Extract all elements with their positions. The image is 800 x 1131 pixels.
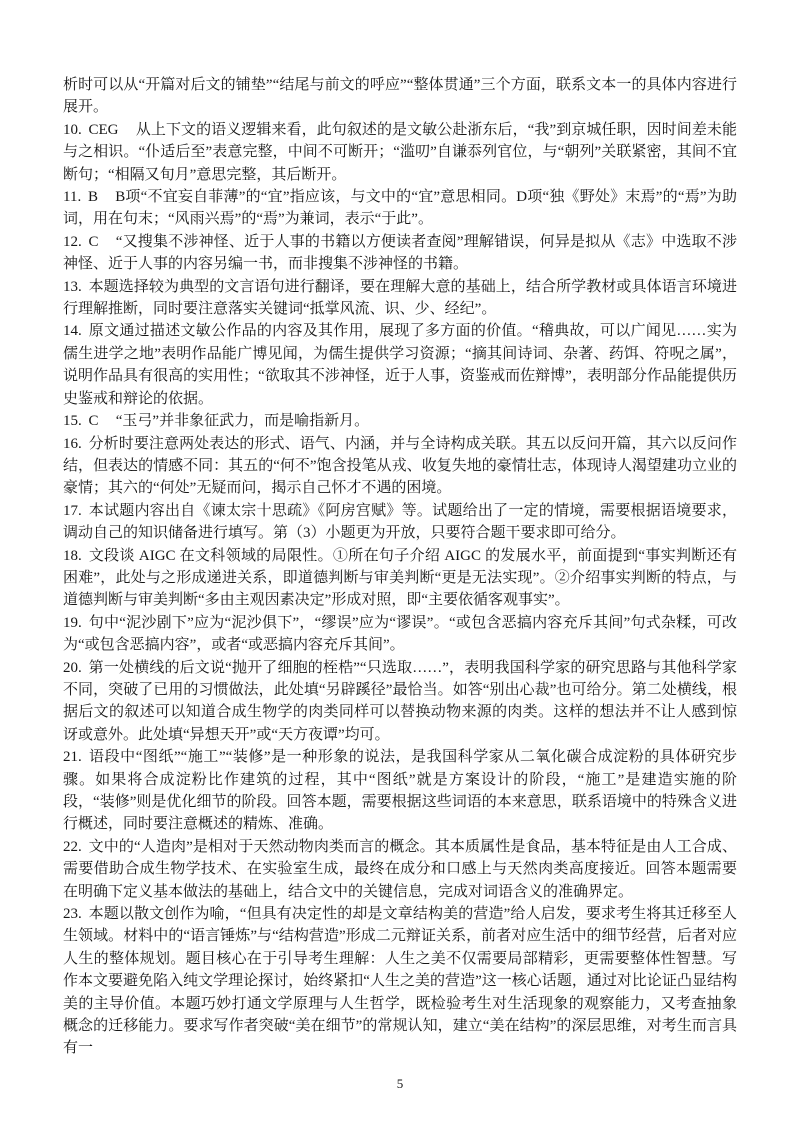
item-answer: C: [89, 413, 99, 429]
item-answer: B: [88, 189, 98, 205]
document-page: 析时可以从“开篇对后文的铺垫”“结尾与前文的呼应”“整体贯通”三个方面，联系文本…: [0, 0, 800, 1131]
item-text: 分析时要注意两处表达的形式、语气、内涵，并与全诗构成关联。其五以反问开篇，其六以…: [63, 436, 737, 497]
answer-item: 22.文中的“人造肉”是相对于天然动物肉类而言的概念。其本质属性是食品，基本特征…: [63, 836, 737, 903]
item-number: 10.: [63, 122, 82, 138]
item-text: 本试题内容出自《谏太宗十思疏》《阿房宫赋》等。试题给出了一定的情境，需要根据语境…: [63, 503, 737, 541]
item-number: 11.: [63, 189, 81, 205]
answer-item: 17.本试题内容出自《谏太宗十思疏》《阿房宫赋》等。试题给出了一定的情境，需要根…: [63, 500, 737, 545]
item-text: 析时可以从“开篇对后文的铺垫”“结尾与前文的呼应”“整体贯通”三个方面，联系文本…: [63, 77, 737, 115]
item-text: 文段谈 AIGC 在文科领域的局限性。①所在句子介绍 AIGC 的发展水平，前面…: [63, 548, 737, 609]
item-text: 本题以散文创作为喻，“但具有决定性的却是文章结构美的营造”给人启发，要求考生将其…: [63, 906, 737, 1056]
item-number: 17.: [63, 503, 82, 519]
answer-item: 20.第一处横线的后文说“抛开了细胞的桎梏”“只选取……”，表明我国科学家的研究…: [63, 657, 737, 747]
item-number: 16.: [63, 436, 82, 452]
page-number: 5: [397, 1076, 404, 1091]
answer-item: 14.原文通过描述文敏公作品的内容及其作用，展现了多方面的价值。“稽典故，可以广…: [63, 320, 737, 410]
answer-item: 11.BB项“不宜妄自菲薄”的“宜”指应该，与文中的“宜”意思相同。D项“独《野…: [63, 186, 737, 231]
item-text: 句中“泥沙剧下”应为“泥沙俱下”，“缪误”应为“谬误”。“或包含恶搞内容充斥其间…: [63, 615, 737, 653]
item-number: 15.: [63, 413, 82, 429]
item-text: “又搜集不涉神怪、近于人事的书籍以方便读者查阅”理解错误，何异是拟从《志》中选取…: [63, 234, 737, 272]
item-number: 21.: [63, 749, 82, 765]
item-number: 22.: [63, 839, 82, 855]
item-number: 18.: [63, 548, 82, 564]
item-number: 23.: [63, 906, 82, 922]
item-answer: CEG: [89, 122, 119, 138]
answer-item: 16.分析时要注意两处表达的形式、语气、内涵，并与全诗构成关联。其五以反问开篇，…: [63, 433, 737, 500]
answer-item: 10.CEG从上下文的语义逻辑来看，此句叙述的是文敏公赴浙东后，“我”到京城任职…: [63, 119, 737, 186]
answer-item: 12.C“又搜集不涉神怪、近于人事的书籍以方便读者查阅”理解错误，何异是拟从《志…: [63, 231, 737, 276]
item-text: 文中的“人造肉”是相对于天然动物肉类而言的概念。其本质属性是食品，基本特征是由人…: [63, 839, 737, 900]
item-text: 第一处横线的后文说“抛开了细胞的桎梏”“只选取……”，表明我国科学家的研究思路与…: [63, 660, 737, 743]
page-footer: 5: [0, 1075, 800, 1093]
answer-item: 21.语段中“图纸”“施工”“装修”是一种形象的说法，是我国科学家从二氧化碳合成…: [63, 746, 737, 836]
item-text: B项“不宜妄自菲薄”的“宜”指应该，与文中的“宜”意思相同。D项“独《野处》末焉…: [63, 189, 737, 227]
answer-item: 23.本题以散文创作为喻，“但具有决定性的却是文章结构美的营造”给人启发，要求考…: [63, 903, 737, 1060]
item-text: 本题选择较为典型的文言语句进行翻译，要在理解大意的基础上，结合所学教材或具体语言…: [63, 279, 737, 317]
answer-item: 18.文段谈 AIGC 在文科领域的局限性。①所在句子介绍 AIGC 的发展水平…: [63, 545, 737, 612]
answer-explanations-list: 析时可以从“开篇对后文的铺垫”“结尾与前文的呼应”“整体贯通”三个方面，联系文本…: [63, 74, 737, 1060]
item-number: 12.: [63, 234, 82, 250]
item-number: 19.: [63, 615, 82, 631]
answer-item: 15.C“玉弓”并非象征武力，而是喻指新月。: [63, 410, 737, 432]
item-answer: C: [89, 234, 99, 250]
answer-item: 13.本题选择较为典型的文言语句进行翻译，要在理解大意的基础上，结合所学教材或具…: [63, 276, 737, 321]
item-text: 语段中“图纸”“施工”“装修”是一种形象的说法，是我国科学家从二氧化碳合成淀粉的…: [63, 749, 737, 832]
item-number: 13.: [63, 279, 82, 295]
item-text: “玉弓”并非象征武力，而是喻指新月。: [116, 413, 369, 429]
item-number: 14.: [63, 323, 82, 339]
answer-item: 19.句中“泥沙剧下”应为“泥沙俱下”，“缪误”应为“谬误”。“或包含恶搞内容充…: [63, 612, 737, 657]
item-text: 原文通过描述文敏公作品的内容及其作用，展现了多方面的价值。“稽典故，可以广闻见……: [63, 323, 737, 406]
item-number: 20.: [63, 660, 82, 676]
item-text: 从上下文的语义逻辑来看，此句叙述的是文敏公赴浙东后，“我”到京城任职，因时间差未…: [63, 122, 737, 183]
answer-item: 析时可以从“开篇对后文的铺垫”“结尾与前文的呼应”“整体贯通”三个方面，联系文本…: [63, 74, 737, 119]
